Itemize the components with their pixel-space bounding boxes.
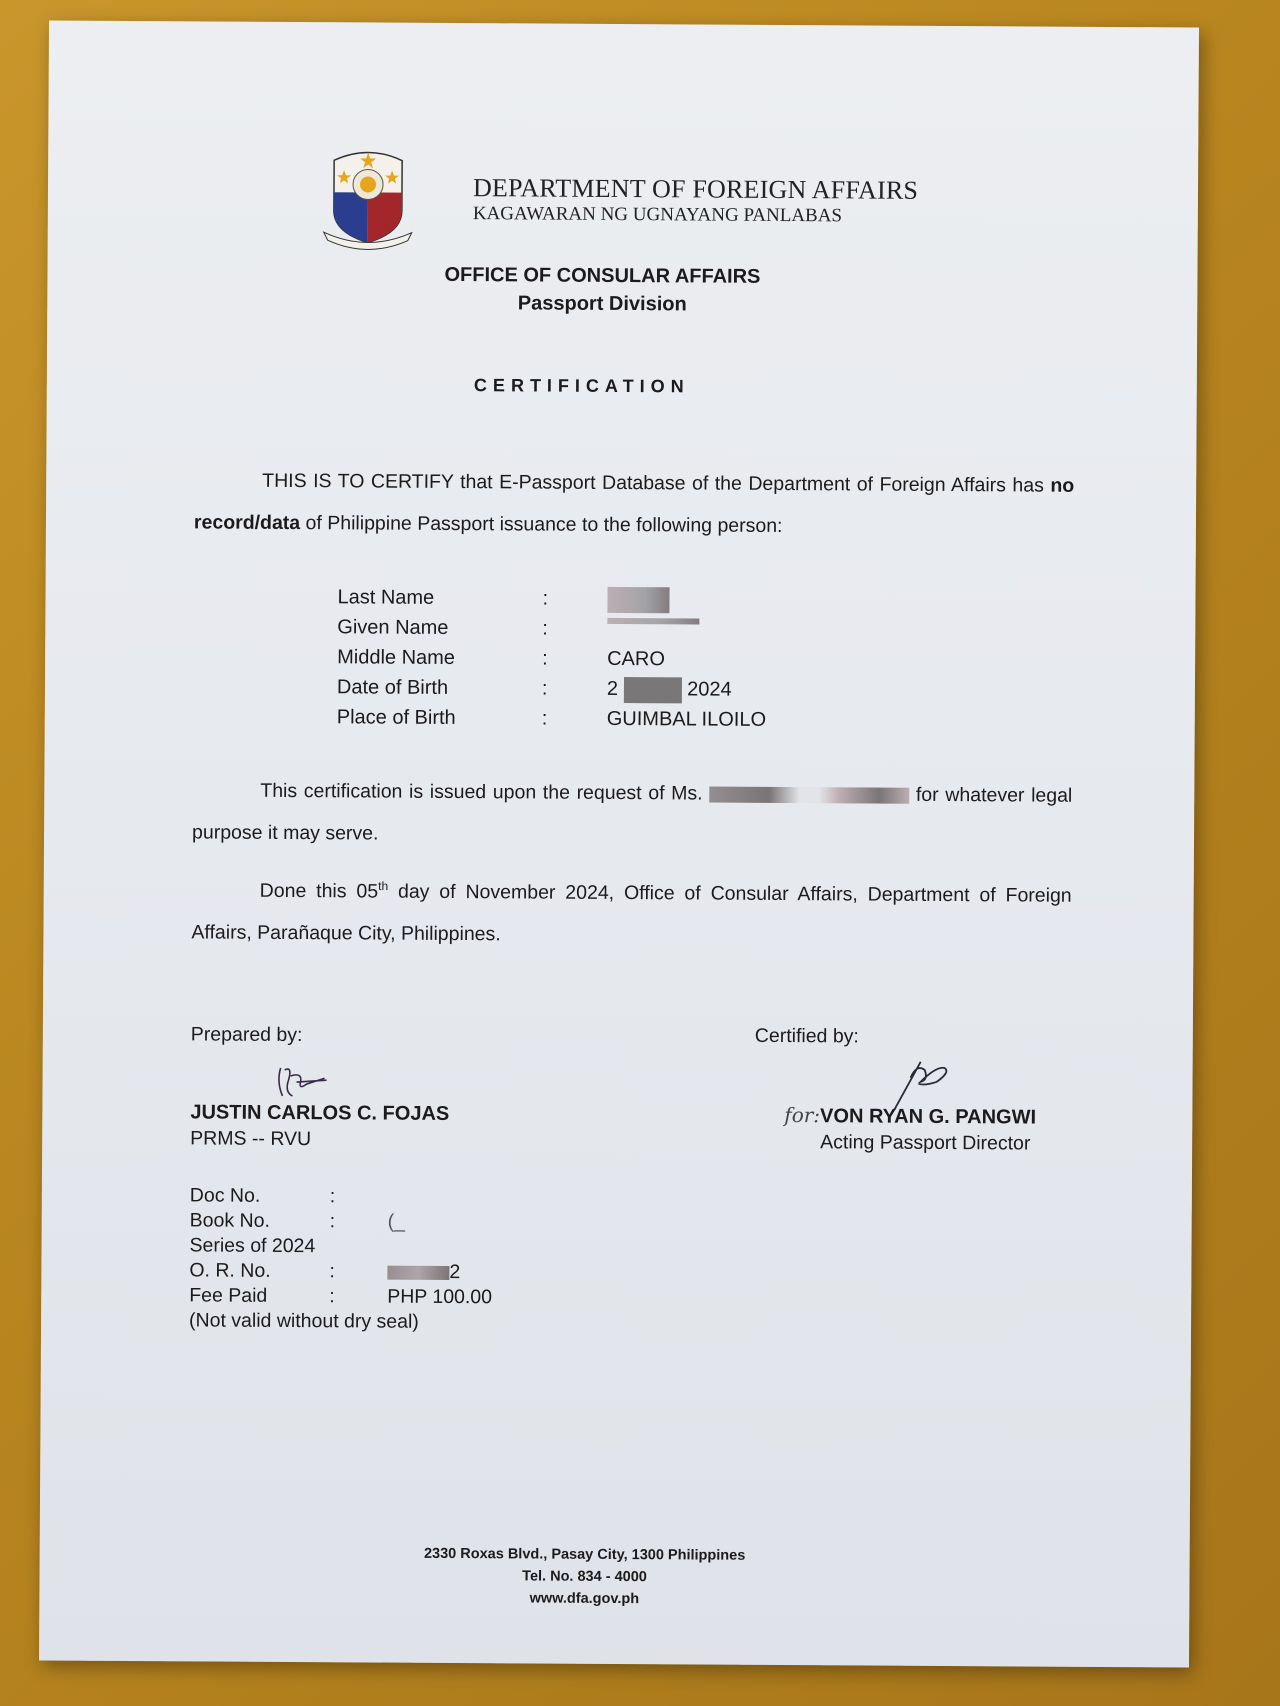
- signature-icon: [272, 1062, 332, 1102]
- department-name-english: DEPARTMENT OF FOREIGN AFFAIRS: [473, 173, 918, 206]
- book-no-redacted: (_: [388, 1210, 405, 1235]
- done-text: Done this 05: [260, 880, 379, 903]
- field-row-date-of-birth: Date of Birth : 2 2024: [337, 672, 827, 705]
- request-paragraph: This certification is issued upon the re…: [192, 769, 1072, 858]
- done-paragraph: Done this 05th day of November 2024, Off…: [191, 869, 1071, 958]
- fee-value: PHP 100.00: [387, 1285, 492, 1311]
- office-heading: OFFICE OF CONSULAR AFFAIRS Passport Divi…: [47, 258, 1197, 321]
- or-no-redacted: [387, 1266, 449, 1280]
- colon: :: [542, 674, 607, 704]
- certifier-name: for:VON RYAN G. PANGWI: [784, 1103, 1036, 1130]
- field-row-middle-name: Middle Name : CARO: [337, 642, 827, 675]
- certification-document: DEPARTMENT OF FOREIGN AFFAIRS KAGAWARAN …: [39, 21, 1199, 1668]
- footer-contact: 2330 Roxas Blvd., Pasay City, 1300 Phili…: [9, 1540, 1159, 1613]
- doc-no-label: Doc No.: [190, 1183, 330, 1209]
- certified-by-label: Certified by:: [755, 1025, 859, 1049]
- book-no-row: Book No.:(_: [190, 1208, 493, 1235]
- field-label: Place of Birth: [337, 702, 542, 733]
- dry-seal-note-row: (Not valid without dry seal): [189, 1308, 492, 1335]
- doc-no-row: Doc No.:: [190, 1183, 493, 1210]
- field-label: Given Name: [337, 612, 542, 643]
- division-name: Passport Division: [7, 286, 1197, 321]
- fee-label: Fee Paid: [189, 1283, 329, 1309]
- dry-seal-note: (Not valid without dry seal): [189, 1308, 419, 1334]
- field-row-last-name: Last Name :: [337, 582, 827, 615]
- or-no-row: O. R. No.:2: [189, 1258, 492, 1285]
- field-label: Date of Birth: [337, 672, 542, 703]
- preparer-position: PRMS -- RVU: [190, 1127, 311, 1151]
- series-text: Series of 2024: [189, 1233, 315, 1259]
- fee-row: Fee Paid:PHP 100.00: [189, 1283, 492, 1310]
- field-value-redacted: [607, 614, 827, 645]
- colon: :: [542, 614, 607, 644]
- for-prefix: for:: [784, 1103, 820, 1127]
- colon: :: [542, 584, 607, 614]
- document-title: CERTIFICATION: [7, 372, 1157, 400]
- person-details: Last Name : Given Name : Middle Name : C…: [337, 582, 828, 735]
- department-heading: DEPARTMENT OF FOREIGN AFFAIRS KAGAWARAN …: [473, 173, 918, 228]
- book-no-label: Book No.: [190, 1208, 330, 1234]
- requester-redacted: [709, 786, 909, 803]
- field-value: CARO: [607, 644, 827, 675]
- request-text: This certification is issued upon the re…: [260, 780, 702, 805]
- certifier-position: Acting Passport Director: [820, 1131, 1030, 1155]
- preparer-name: JUSTIN CARLOS C. FOJAS: [190, 1101, 449, 1126]
- field-value-redacted: [607, 584, 827, 615]
- prepared-by-label: Prepared by:: [191, 1023, 303, 1047]
- field-label: Middle Name: [337, 642, 542, 673]
- or-no-label: O. R. No.: [189, 1258, 329, 1284]
- field-row-place-of-birth: Place of Birth : GUIMBAL ILOILO: [337, 702, 827, 735]
- certify-text: THIS IS TO CERTIFY that E-Passport Datab…: [262, 470, 1050, 497]
- field-value-date: 2 2024: [607, 674, 827, 705]
- colon: :: [542, 704, 607, 734]
- certifier-name-text: VON RYAN G. PANGWI: [820, 1105, 1036, 1128]
- series-row: Series of 2024: [189, 1233, 492, 1260]
- certify-text-tail: of Philippine Passport issuance to the f…: [300, 512, 783, 537]
- coat-of-arms-icon: [320, 140, 417, 251]
- department-name-filipino: KAGAWARAN NG UGNAYANG PANLABAS: [473, 203, 918, 228]
- document-info: Doc No.: Book No.:(_ Series of 2024 O. R…: [189, 1183, 493, 1335]
- colon: :: [542, 644, 607, 674]
- field-row-given-name: Given Name :: [337, 612, 827, 645]
- certify-paragraph: THIS IS TO CERTIFY that E-Passport Datab…: [194, 459, 1074, 548]
- field-label: Last Name: [337, 582, 542, 613]
- field-value: GUIMBAL ILOILO: [607, 704, 827, 735]
